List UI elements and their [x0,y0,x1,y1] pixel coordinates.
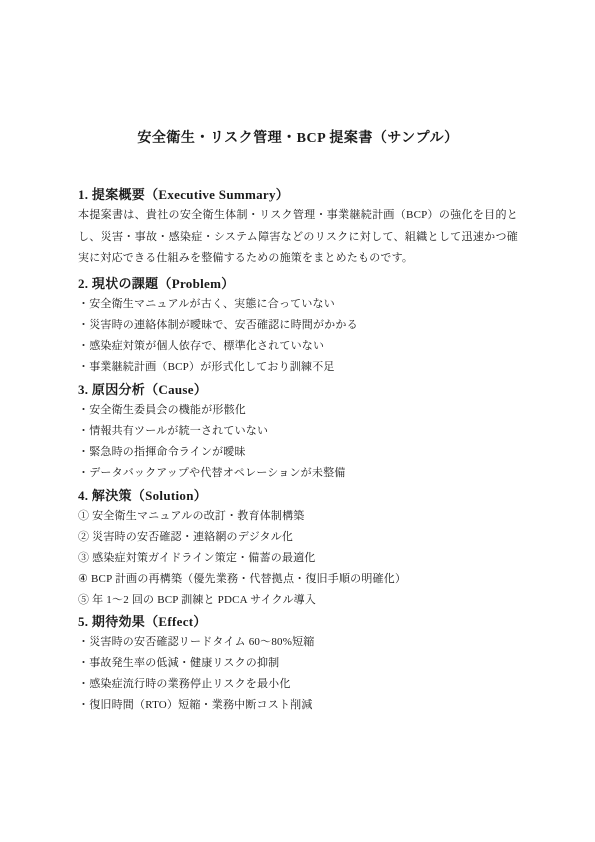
document-title: 安全衛生・リスク管理・BCP 提案書（サンプル） [78,0,518,148]
list-item: ・災害時の連絡体制が曖昧で、安否確認に時間がかかる [78,315,518,336]
list-item: ・事故発生率の低減・健康リスクの抑制 [78,653,518,674]
document-page: 安全衛生・リスク管理・BCP 提案書（サンプル） 1. 提案概要（Executi… [0,0,595,842]
list-item: ・情報共有ツールが統一されていない [78,421,518,442]
effect-list: ・災害時の安否確認リードタイム 60～80%短縮 ・事故発生率の低減・健康リスク… [78,632,518,716]
numbered-item: ③ 感染症対策ガイドライン策定・備蓄の最適化 [78,548,518,569]
section-heading-executive-summary: 1. 提案概要（Executive Summary） [78,185,518,204]
section-problem: 2. 現状の課題（Problem） ・安全衛生マニュアルが古く、実態に合っていな… [78,274,518,378]
list-item: ・事業継続計画（BCP）が形式化しており訓練不足 [78,357,518,378]
numbered-item: ⑤ 年 1～2 回の BCP 訓練と PDCA サイクル導入 [78,590,518,611]
list-item: ・災害時の安否確認リードタイム 60～80%短縮 [78,632,518,653]
list-item: ・データバックアップや代替オペレーションが未整備 [78,463,518,484]
problem-list: ・安全衛生マニュアルが古く、実態に合っていない ・災害時の連絡体制が曖昧で、安否… [78,294,518,378]
numbered-item: ① 安全衛生マニュアルの改訂・教育体制構築 [78,506,518,527]
section-heading-effect: 5. 期待効果（Effect） [78,612,518,631]
section-heading-problem: 2. 現状の課題（Problem） [78,274,518,293]
list-item: ・安全衛生マニュアルが古く、実態に合っていない [78,294,518,315]
section-heading-solution: 4. 解決策（Solution） [78,486,518,505]
list-item: ・感染症流行時の業務停止リスクを最小化 [78,674,518,695]
list-item: ・復旧時間（RTO）短縮・業務中断コスト削減 [78,695,518,716]
executive-summary-paragraph: 本提案書は、貴社の安全衛生体制・リスク管理・事業継続計画（BCP）の強化を目的と… [78,205,518,270]
list-item: ・緊急時の指揮命令ラインが曖昧 [78,442,518,463]
list-item: ・安全衛生委員会の機能が形骸化 [78,400,518,421]
numbered-item: ② 災害時の安否確認・連絡網のデジタル化 [78,527,518,548]
numbered-item: ④ BCP 計画の再構築（優先業務・代替拠点・復旧手順の明確化） [78,569,518,590]
cause-list: ・安全衛生委員会の機能が形骸化 ・情報共有ツールが統一されていない ・緊急時の指… [78,400,518,484]
list-item: ・感染症対策が個人依存で、標準化されていない [78,336,518,357]
section-cause: 3. 原因分析（Cause） ・安全衛生委員会の機能が形骸化 ・情報共有ツールが… [78,380,518,484]
section-solution: 4. 解決策（Solution） ① 安全衛生マニュアルの改訂・教育体制構築 ②… [78,486,518,611]
solution-list: ① 安全衛生マニュアルの改訂・教育体制構築 ② 災害時の安否確認・連絡網のデジタ… [78,506,518,611]
section-heading-cause: 3. 原因分析（Cause） [78,380,518,399]
document-content: 安全衛生・リスク管理・BCP 提案書（サンプル） 1. 提案概要（Executi… [78,0,518,716]
section-executive-summary: 1. 提案概要（Executive Summary） 本提案書は、貴社の安全衛生… [78,185,518,270]
section-effect: 5. 期待効果（Effect） ・災害時の安否確認リードタイム 60～80%短縮… [78,612,518,716]
